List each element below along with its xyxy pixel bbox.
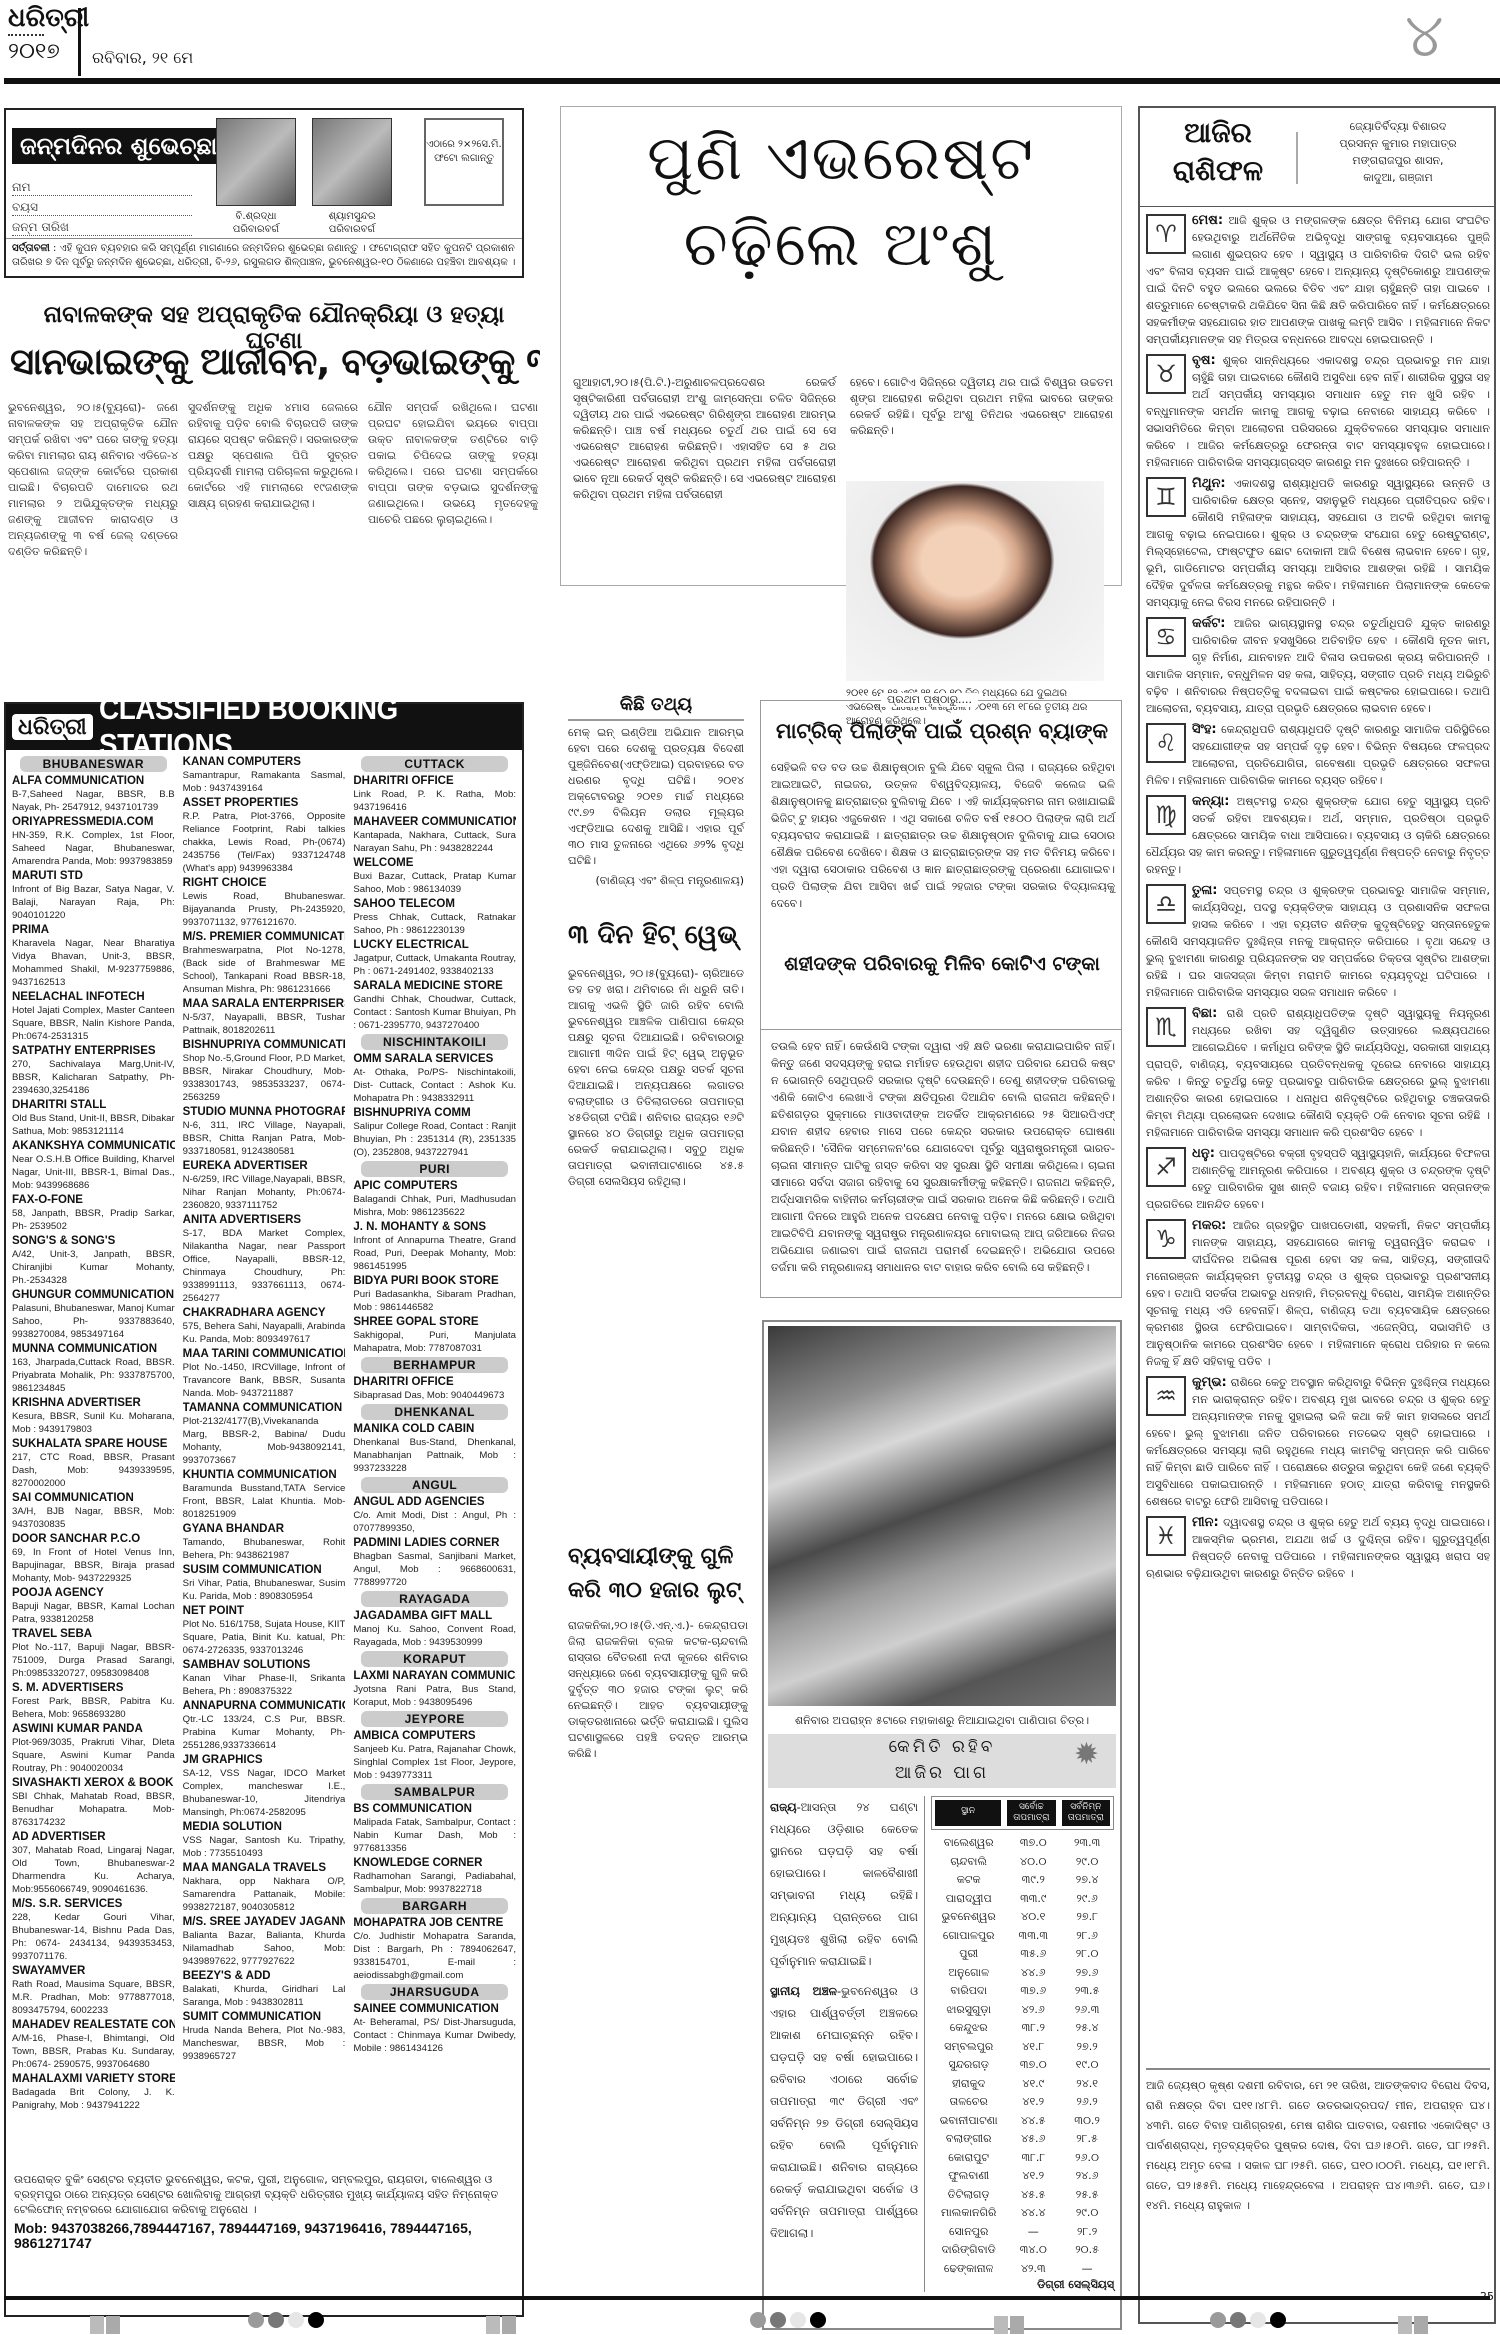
zodiac-entry: ♍କନ୍ୟା: ଅଷ୍ଟମସ୍ଥ ଚନ୍ଦ୍ର ଶୁକ୍ରଙ୍କ ଯୋଗ ହେତ… xyxy=(1146,793,1490,878)
booking-station-name: J. N. MOHANTY & SONS xyxy=(353,1220,516,1234)
table-row: ଗୋପାଳପୁର୩୩.୩୨୮.୬ xyxy=(931,1927,1114,1946)
booking-station-address: Buxi Bazar, Cuttack, Pratap Kumar Sahoo,… xyxy=(353,870,516,896)
booking-station-address: Shop No.-5,Ground Floor, P.D Market, BBS… xyxy=(183,1052,346,1104)
booking-station-name: M/S. PREMIER COMMUNICATION xyxy=(183,930,346,944)
coupon-title: ଜନ୍ମଦିନର ଶୁଭେଚ୍ଛା xyxy=(12,128,225,164)
booking-station-address: Salipur College Road, Contact : Ranjit B… xyxy=(353,1120,516,1159)
page-number: ୪ xyxy=(1405,4,1443,68)
sun-icon: ✹ xyxy=(1074,1742,1102,1768)
facts-body: ମେକ୍ ଇନ୍ ଇଣ୍ଡିଆ ଅଭିଯାନ ଆରମ୍ଭ ହେବା ପରେ ଦେ… xyxy=(568,725,744,869)
booking-station-address: Plot No.-1450, IRCVillage, Infront of Tr… xyxy=(183,1361,346,1400)
photo-caption: ବି.ଶ୍ରଦ୍ଧାପରିବାରବର୍ଗ xyxy=(206,210,306,236)
table-row: କେନ୍ଦୁଝର୩୮.୨୨୫.୪ xyxy=(931,2019,1114,2038)
booking-station-address: Nakhara, opp Nakhara O/P, Samarendra Pat… xyxy=(183,1875,346,1914)
booking-station-address: Hruda Nanda Behera, Plot No.-983, Manche… xyxy=(183,2024,346,2063)
table-row: ସୁନ୍ଦରଗଡ଼୩୭.୦୧୯.୦ xyxy=(931,2056,1114,2075)
child-photo xyxy=(216,118,296,206)
booking-station-name: DHARITRI OFFICE xyxy=(353,774,516,788)
dateline: ରବିବାର, ୨୧ ମେ xyxy=(92,48,193,68)
booking-station-name: APIC COMPUTERS xyxy=(353,1179,516,1193)
color-bar xyxy=(1210,2312,1286,2328)
almanac-text: ଆଜି ଜ୍ୟେଷ୍ଠ କୃଷ୍ଣ ଦଶମୀ ରବିବାର, ମେ ୨୧ ତାର… xyxy=(1146,2068,1490,2216)
booking-station-name: JM GRAPHICS xyxy=(183,1753,346,1767)
color-swatch xyxy=(288,2312,304,2328)
booking-station-name: LAXMI NARAYAN COMMUNICATIONS xyxy=(353,1669,516,1683)
birthday-coupon: ଜନ୍ମଦିନର ଶୁଭେଚ୍ଛା ନାମ ବୟସ ଜନ୍ମ ତାରିଖ ବି.… xyxy=(4,108,524,278)
zodiac-name: କନ୍ୟା: xyxy=(1192,794,1229,809)
horoscope-column: ଆଜିରରାଶିଫଳ ଜ୍ୟୋତିର୍ବିଦ୍ୟା ବିଶାରଦପ୍ରସନ୍ନ … xyxy=(1138,106,1496,2324)
zodiac-entry: ♎ତୁଳା: ସପ୍ତମସ୍ଥ ଚନ୍ଦ୍ର ଓ ଶୁକ୍ରଙ୍କ ପ୍ରଭାବ… xyxy=(1146,882,1490,1001)
zodiac-icon: ♐ xyxy=(1146,1147,1186,1187)
booking-station-address: Balagandi Chhak, Puri, Madhusudan Mishra… xyxy=(353,1193,516,1219)
zodiac-name: ଧନୁ: xyxy=(1192,1146,1215,1161)
booking-station-name: MAA TARINI COMMUNICATION xyxy=(183,1347,346,1361)
photo-caption: ଶ୍ୟାମସୁନ୍ଦରପରିବାରବର୍ଗ xyxy=(302,210,402,236)
table-row: କଟକ୩୯.୨୨୭.୪ xyxy=(931,1871,1114,1890)
court-headline: ସାନଭାଇଙ୍କୁ ଆଜୀବନ, ବଡ଼ଭାଇଙ୍କୁ ୩ବର୍ଷ ଜେଲ୍‌… xyxy=(10,340,540,384)
booking-station-address: A/42, Unit-3, Janpath, BBSR, Chiranjibi … xyxy=(12,1248,175,1287)
booking-station-name: SONG'S & SONG'S xyxy=(12,1234,175,1248)
booking-station-address: B-7,Saheed Nagar, BBSR, B.B Nayak, Ph- 2… xyxy=(12,788,175,814)
page-number-small: 25 xyxy=(1480,2290,1494,2303)
classified-footer: ଉପରୋକ୍ତ ବୁକିଂ ସେଣ୍ଟର ବ୍ୟତୀତ ଭୁବନେଶ୍ୱର, କ… xyxy=(6,2170,522,2253)
zodiac-icon: ♌ xyxy=(1146,723,1186,763)
booking-station-name: WELCOME xyxy=(353,856,516,870)
booking-station-address: At- Beheramal, PS/ Dist-Jharsuguda, Cont… xyxy=(353,2016,516,2055)
booking-station-address: 58, Janpath, BBSR, Pradip Sarkar, Ph- 25… xyxy=(12,1207,175,1233)
martyr-body: ତଉଲି ହେବ ନାହିଁ। କେଉଁଣସି ଟଙ୍କା ଦ୍ୱାରା ଏହି… xyxy=(771,1038,1115,1276)
zodiac-icon: ♒ xyxy=(1146,1376,1186,1416)
booking-station-address: Bhagban Sasmal, Sanjibani Market, Angul,… xyxy=(353,1550,516,1589)
zodiac-entry: ♐ଧନୁ: ପାପଦୃଷ୍ଟିରେ ବକ୍ରୀ ବୃହସ୍ପତି ସ୍ୱାସ୍ଥ… xyxy=(1146,1145,1490,1213)
booking-station-name: EUREKA ADVERTISER xyxy=(183,1159,346,1173)
booking-station-name: SATPATHY ENTERPRISES xyxy=(12,1044,175,1058)
color-swatch xyxy=(770,2312,786,2328)
booking-station-address: Badagada Brit Colony, J. K. Panigrahy, M… xyxy=(12,2086,175,2112)
booking-station-name: ASSET PROPERTIES xyxy=(183,796,346,810)
booking-station-address: Infront of Big Bazar, Satya Nagar, V. Ba… xyxy=(12,883,175,922)
booking-station-address: Kantapada, Nakhara, Cuttack, Sura Naraya… xyxy=(353,829,516,855)
color-swatch xyxy=(248,2312,264,2328)
zodiac-entry: ♈ମେଷ: ଆଜି ଶୁକ୍ର ଓ ମଙ୍ଗଳଙ୍କ କ୍ଷେତ୍ର ବିନିମ… xyxy=(1146,212,1490,348)
table-row: ପୁରୀ୩୫.୬୨୮.୦ xyxy=(931,1945,1114,1964)
facts-title: କିଛି ତଥ୍ୟ xyxy=(568,694,744,721)
booking-station-address: Old Bus Stand, Unit-II, BBSR, Dibakar Sa… xyxy=(12,1112,175,1138)
booking-station-name: PADMINI LADIES CORNER xyxy=(353,1536,516,1550)
court-story-body: ଭୁବନେଶ୍ୱର, ୨୦।୫(ବ୍ୟୁରୋ)- ଜଣେ ନାବାଳକଙ୍କ ସ… xyxy=(8,400,538,690)
booking-station-address: Puri Badasankha, Sibaram Pradhan, Mob : … xyxy=(353,1288,516,1314)
weather-banner: କେମିତି ରହିବଆଜିର ପାଗ ✹ xyxy=(768,1734,1116,1788)
booking-station-name: AMBICA COMPUTERS xyxy=(353,1729,516,1743)
booking-station-name: ANGUL ADD AGENCIES xyxy=(353,1495,516,1509)
booking-station-address: Balianta Bazar, Balianta, Khurda Nilamad… xyxy=(183,1929,346,1968)
climber-photo xyxy=(846,481,1104,681)
table-row: ତାଳଚେର୪୧.୨୨୬.୨ xyxy=(931,2093,1114,2112)
classified-booking-stations: ଧରିତ୍ରୀ CLASSIFIED BOOKING STATIONS BHUB… xyxy=(4,702,524,2317)
booking-station-address: At- Othaka, Po/PS- Nischintakoili, Dist-… xyxy=(353,1066,516,1105)
continued-story: ପ୍ରଥମ ପୃଷ୍ଠାରୁ.... ମାଟ୍ରିକ୍ ପିଲାଙ୍କ ପାଇଁ… xyxy=(760,700,1122,1030)
zodiac-prediction: ଶୁକ୍ର ସାନ୍ନିଧ୍ୟରେ ଏକାଦଶସ୍ଥ ଚନ୍ଦ୍ର ପ୍ରଭାବ… xyxy=(1146,354,1490,469)
booking-station-name: POOJA AGENCY xyxy=(12,1586,175,1600)
continued-label: ପ୍ରଥମ ପୃଷ୍ଠାରୁ.... xyxy=(881,693,978,707)
zodiac-entry: ♑ମକର: ଆଜିର ଗ୍ରହସ୍ଥିତ ପାଖପଡୋଶୀ, ସହକର୍ମୀ, … xyxy=(1146,1217,1490,1370)
booking-station-address: Manoj Ku. Sahoo, Convent Road, Rayagada,… xyxy=(353,1623,516,1649)
booking-station-name: MAHADEV REALESTATE CONSULTANCY xyxy=(12,2018,175,2032)
booking-station-name: ASWINI KUMAR PANDA xyxy=(12,1722,175,1736)
booking-station-address: Sri Vihar, Patia, Bhubaneswar, Susim Ku.… xyxy=(183,1577,346,1603)
zodiac-icon: ♑ xyxy=(1146,1219,1186,1259)
table-row: ବାରିପଦା୩୭.୬୨୩.୫ xyxy=(931,1982,1114,2001)
color-swatch xyxy=(1250,2312,1266,2328)
booking-station-address: Palasuni, Bhubaneswar, Manoj Kumar Sahoo… xyxy=(12,1302,175,1341)
booking-station-address: Hotel Jajati Complex, Master Canteen Squ… xyxy=(12,1004,175,1043)
booking-station-name: NET POINT xyxy=(183,1604,346,1618)
man-photo xyxy=(312,118,392,206)
color-swatch xyxy=(750,2312,766,2328)
zodiac-name: ବୃଷ: xyxy=(1192,353,1216,368)
region-label: KORAPUT xyxy=(361,1651,508,1667)
booking-station-name: CHAKRADHARA AGENCY xyxy=(183,1306,346,1320)
booking-station-name: MEDIA SOLUTION xyxy=(183,1820,346,1834)
weather-forecast-text: ରାଜ୍ୟ-ଆସନ୍ତା ୨୪ ଘଣ୍ଟା ମଧ୍ୟରେ ଓଡ଼ିଶାର କେତ… xyxy=(770,1796,918,2244)
booking-station-address: Infront of Annapurna Theatre, Grand Road… xyxy=(353,1234,516,1273)
booking-station-address: 228, Kedar Gouri Vihar, Bhubaneswar-14, … xyxy=(12,1911,175,1963)
booking-station-address: 163, Jharpada,Cuttack Road, BBSR. Priyab… xyxy=(12,1356,175,1395)
region-label: PURI xyxy=(361,1161,508,1177)
booking-station-name: M/S. S.R. SERVICES xyxy=(12,1897,175,1911)
booking-station-address: 217, CTC Road, BBSR, Prasant Dash, Mob: … xyxy=(12,1451,175,1490)
color-swatch xyxy=(308,2312,324,2328)
booking-station-name: MOHAPATRA JOB CENTRE xyxy=(353,1916,516,1930)
booking-station-address: Qtr.-LC 133/24, C.S Pur, BBSR. Prabina K… xyxy=(183,1713,346,1752)
booking-station-name: GYANA BHANDAR xyxy=(183,1522,346,1536)
booking-station-name: SWAYAMVER xyxy=(12,1964,175,1978)
zodiac-icon: ♋ xyxy=(1146,617,1186,657)
region-label: BARGARH xyxy=(361,1898,508,1914)
table-row: ବଲାଙ୍ଗୀର୪୫.୬୨୮.୫ xyxy=(931,2130,1114,2149)
region-label: SAMBALPUR xyxy=(361,1784,508,1800)
table-row: କୋରାପୁଟ୩୮.୮୨୬.୦ xyxy=(931,2149,1114,2168)
satellite-caption: ଶନିବାର ଅପରାହ୍ନ ୫ଟାରେ ମହାକାଶରୁ ନିଆଯାଇଥିବା… xyxy=(768,1714,1116,1728)
booking-station-address: Sanjeeb Ku. Patra, Rajanahar Chowk, Sing… xyxy=(353,1743,516,1782)
zodiac-entry: ♉ବୃଷ: ଶୁକ୍ର ସାନ୍ନିଧ୍ୟରେ ଏକାଦଶସ୍ଥ ଚନ୍ଦ୍ର … xyxy=(1146,352,1490,471)
region-label: JHARSUGUDA xyxy=(361,1984,508,2000)
zodiac-name: ମେଷ: xyxy=(1192,213,1223,228)
question-bank-headline: ମାଟ୍ରିକ୍ ପିଲାଙ୍କ ପାଇଁ ପ୍ରଶ୍ନ ବ୍ୟାଙ୍କ xyxy=(769,719,1115,744)
zodiac-name: ମୀନ: xyxy=(1192,1515,1219,1530)
booking-station-address: Jyotsna Rani Patra, Bus Stand, Koraput, … xyxy=(353,1683,516,1709)
logo-underline xyxy=(8,34,44,37)
classified-column: BHUBANESWARALFA COMMUNICATIONB-7,Saheed … xyxy=(12,754,175,2166)
booking-station-name: MANIKA COLD CABIN xyxy=(353,1422,516,1436)
zodiac-name: ତୁଳା: xyxy=(1192,883,1218,898)
table-row: ପାରାଦ୍ୱୀପ୩୩.୯୨୯.୬ xyxy=(931,1890,1114,1909)
question-bank-body: ସେହିଭଳି ବଡ ବଡ ଉଚ୍ଚ ଶିକ୍ଷାନୁଷ୍ଠାନ ବୁଲି ଯି… xyxy=(771,759,1115,912)
edition-year: ୨୦୧୭ xyxy=(8,39,74,65)
booking-station-name: S. M. ADVERTISERS xyxy=(12,1681,175,1695)
logo-text: ଧରିତ୍ରୀ xyxy=(8,4,74,32)
color-swatch xyxy=(268,2312,284,2328)
story-column: ସୁଦର୍ଶନଙ୍କୁ ଅଧିକ ୪ମାସ ଜେଲରେ ରହିବାକୁ ପଡ଼ି… xyxy=(188,400,358,512)
zodiac-icon: ♓ xyxy=(1146,1516,1186,1556)
heatwave-body: ଭୁବନେଶ୍ୱର, ୨୦।୫(ବ୍ୟୁରୋ)- ଚାରିଆଡେ ତହ ତହ ଖ… xyxy=(568,966,744,1526)
zodiac-icon: ♎ xyxy=(1146,884,1186,924)
booking-station-name: FAX-O-FONE xyxy=(12,1193,175,1207)
booking-station-address: Rath Road, Mausima Square, BBSR, M.R. Pr… xyxy=(12,1978,175,2017)
dob-field[interactable]: ଜନ୍ମ ତାରିଖ xyxy=(12,220,192,236)
table-row: ଚାନ୍ଦବାଲି୪୦.୦୨୯.୦ xyxy=(931,1853,1114,1872)
photo-placeholder: ଏଠାରେ ୨×୨ସେ.ମି. ଫଟୋ ଲଗାନ୍ତୁ xyxy=(424,118,504,206)
story-column: ଯୌନ ସମ୍ପର୍କ ରଖିଥିଲେ। ଘଟଣା ପ୍ରଘଟ ହୋଇଯିବା … xyxy=(368,400,538,528)
booking-station-name: BS COMMUNICATION xyxy=(353,1802,516,1816)
zodiac-entry: ♒କୁମ୍ଭ: ରାଶିରେ କେତୁ ଅବସ୍ଥାନ କରିଥିବାରୁ ବି… xyxy=(1146,1374,1490,1510)
booking-station-address: S-17, BDA Market Complex, Nilakantha Nag… xyxy=(183,1227,346,1305)
booking-station-name: KHUNTIA COMMUNICATION xyxy=(183,1468,346,1482)
martyr-story: ତଉଲି ହେବ ନାହିଁ। କେଉଁଣସି ଟଙ୍କା ଦ୍ୱାରା ଏହି… xyxy=(760,1030,1122,1298)
booking-station-name: SUSIM COMMUNICATION xyxy=(183,1563,346,1577)
zodiac-prediction: ଆଜିର ଗ୍ରହସ୍ଥିତ ପାଖପଡୋଶୀ, ସହକର୍ମୀ, ନିକଟ ସ… xyxy=(1146,1219,1490,1368)
region-label: ANGUL xyxy=(361,1477,508,1493)
booking-station-address: Link Road, P. K. Ratha, Mob: 9437196416 xyxy=(353,788,516,814)
table-row: ଢେଙ୍କାନାଳ୪୨.୩— xyxy=(931,2260,1114,2279)
zodiac-prediction: ଏକାଦଶସ୍ଥ ରାଶ୍ୟାଧିପତି କାରଣରୁ ସ୍ୱାସ୍ଥ୍ୟରେ … xyxy=(1146,477,1490,609)
booking-station-name: BEEZY'S & ADD xyxy=(183,1969,346,1983)
booking-station-name: RIGHT CHOICE xyxy=(183,876,346,890)
booking-station-address: Jagatpur, Cuttack, Umakanta Routray, Ph … xyxy=(353,952,516,978)
zodiac-icon: ♉ xyxy=(1146,354,1186,394)
booking-station-name: MAA SARALA ENTERPRISERS xyxy=(183,997,346,1011)
booking-station-address: 270, Sachivalaya Marg,Unit-IV, BBSR, Kal… xyxy=(12,1058,175,1097)
color-swatch xyxy=(810,2312,826,2328)
booking-station-address: Brahmeswarpatna, Plot No-1278, (Back sid… xyxy=(183,944,346,996)
booking-station-address: C/o. Judhistir Mohapatra Saranda, Dist :… xyxy=(353,1930,516,1982)
facts-box: କିଛି ତଥ୍ୟ ମେକ୍ ଇନ୍ ଇଣ୍ଡିଆ ଅଭିଯାନ ଆରମ୍ଭ ହ… xyxy=(568,694,744,889)
loot-body: ରାଜକନିକା,୨୦।୫(ଡି.ଏନ୍.ଏ.)- କେନ୍ଦ୍ରାପଡା ଜି… xyxy=(568,1618,748,2318)
booking-station-name: NEELACHAL INFOTECH xyxy=(12,990,175,1004)
color-bar xyxy=(248,2312,324,2328)
booking-station-address: Forest Park, BBSR, Pabitra Ku. Behera, M… xyxy=(12,1695,175,1721)
booking-station-address: Plot No. 516/1758, Sujata House, KIIT Sq… xyxy=(183,1618,346,1657)
booking-station-name: ANITA ADVERTISERS xyxy=(183,1213,346,1227)
classified-column: KANAN COMPUTERSSamantrapur, Ramakanta Sa… xyxy=(183,754,346,2166)
booking-station-address: Sakhigopal, Puri, Manjulata Mahapatra, M… xyxy=(353,1329,516,1355)
story-column: ଭୁବନେଶ୍ୱର, ୨୦।୫(ବ୍ୟୁରୋ)- ଜଣେ ନାବାଳକଙ୍କ ସ… xyxy=(8,400,178,560)
booking-station-name: JAGADAMBA GIFT MALL xyxy=(353,1609,516,1623)
booking-station-name: DHARITRI STALL xyxy=(12,1098,175,1112)
booking-station-name: SAHOO TELECOM xyxy=(353,897,516,911)
booking-station-name: SUKHALATA SPARE HOUSE xyxy=(12,1437,175,1451)
zodiac-entry: ♌ସିଂହ: କେନ୍ଦ୍ରାଧିପତି ରାଶ୍ୟାଧିପତି ଦୃଷ୍ଟି … xyxy=(1146,721,1490,789)
color-swatch xyxy=(1230,2312,1246,2328)
temperature-table: ସ୍ଥାନ ସର୍ବୋଚ୍ଚ ତାପମାତ୍ରା ସର୍ବନିମ୍ନ ତାପମା… xyxy=(924,1796,1114,2292)
page-header: ଧରିତ୍ରୀ ୨୦୧୭ ରବିବାର, ୨୧ ମେ ୪ xyxy=(0,0,1500,82)
booking-station-name: M/S. SREE JAYADEV JAGANNATH PHOTOSHOP xyxy=(183,1915,346,1929)
booking-station-name: SAINEE COMMUNICATION xyxy=(353,2002,516,2016)
booking-station-name: OMM SARALA SERVICES xyxy=(353,1052,516,1066)
table-row: ତିଟିଲାଗଡ଼୪୫.୫୨୫.୫ xyxy=(931,2186,1114,2205)
table-row: ଦାରିଙ୍ଗିବାଡି୩୪.୦୨୦.୫ xyxy=(931,2241,1114,2260)
booking-station-address: Samantrapur, Ramakanta Sasmal, Mob : 943… xyxy=(183,769,346,795)
booking-station-name: BISHNUPRIYA COMMUNICATION xyxy=(183,1038,346,1052)
booking-station-address: Tamando, Bhubaneswar, Rohit Behera, Ph: … xyxy=(183,1536,346,1562)
zodiac-name: ମିଥୁନ: xyxy=(1192,476,1226,491)
booking-station-address: Sibaprasad Das, Mob: 9040449673 xyxy=(353,1389,516,1402)
booking-station-address: 69, In Front of Hotel Venus Inn, Bapujin… xyxy=(12,1546,175,1585)
footer-note: ଉପରୋକ୍ତ ବୁକିଂ ସେଣ୍ଟର ବ୍ୟତୀତ ଭୁବନେଶ୍ୱର, କ… xyxy=(14,2172,514,2217)
martyr-headline: ଶହୀଦଙ୍କ ପରିବାରକୁ ମିଳିବ କୋଟିଏ ଟଙ୍କା xyxy=(769,953,1115,975)
booking-station-name: AKANKSHYA COMMUNICATION xyxy=(12,1139,175,1153)
booking-station-address: Radhamohan Sarangi, Padiabahal, Sambalpu… xyxy=(353,1870,516,1896)
booking-station-address: Balakati, Khurda, Giridhari Lal Saranga,… xyxy=(183,1983,346,2009)
name-field[interactable]: ନାମ xyxy=(12,180,192,196)
booking-station-address: 575, Behera Sahi, Nayapalli, Arabinda Ku… xyxy=(183,1320,346,1346)
story-column: ହେବେ। ଗୋଟିଏ ସିଜିନ୍‌ରେ ଦ୍ୱିତୀୟ ଥର ପାଇଁ ବି… xyxy=(850,375,1113,475)
booking-station-name: TRAVEL SEBA xyxy=(12,1627,175,1641)
booking-station-address: Lewis Road, Bhubaneswar. Bijayananda Pru… xyxy=(183,890,346,929)
registration-mark xyxy=(1398,2316,1428,2334)
booking-station-name: DOOR SANCHAR P.C.O xyxy=(12,1532,175,1546)
booking-station-address: N-6/259, IRC Village,Nayapali, BBSR, Nih… xyxy=(183,1173,346,1212)
booking-station-address: Malipada Fatak, Sambalpur, Contact : Nab… xyxy=(353,1816,516,1855)
booking-station-name: TAMANNA COMMUNICATION xyxy=(183,1401,346,1415)
footer-phone-numbers: Mob: 9437038266,7894447167, 7894447169, … xyxy=(14,2221,514,2251)
lead-story: ପୁଣି ଏଭରେଷ୍ଟଚଢ଼ିଲେ ଅଂଶୁ ଗୁଆହାଟୀ,୨୦।୫(ପି.… xyxy=(560,106,1122,586)
region-label: DHENKANAL xyxy=(361,1404,508,1420)
zodiac-prediction: ସପ୍ତମସ୍ଥ ଚନ୍ଦ୍ର ଓ ଶୁକ୍ରଙ୍କ ପ୍ରଭାବରୁ ସାମା… xyxy=(1146,884,1490,999)
booking-station-address: SA-12, VSS Nagar, IDCO Market Complex, m… xyxy=(183,1767,346,1819)
table-row: ଭୁବନେଶ୍ୱର୪୦.୧୨୭.୮ xyxy=(931,1908,1114,1927)
footer-rule xyxy=(4,2296,1490,2300)
table-row: ଫୁଲବାଣୀ୪୧.୨୨୪.୬ xyxy=(931,2167,1114,2186)
booking-station-address: C/o. Amit Modi, Dist : Angul, Ph : 07077… xyxy=(353,1509,516,1535)
booking-station-name: DHARITRI OFFICE xyxy=(353,1375,516,1389)
zodiac-icon: ♏ xyxy=(1146,1007,1186,1047)
table-row: ଅନୁଗୋଳ୪୪.୬୨୭.୬ xyxy=(931,1964,1114,1983)
zodiac-icon: ♊ xyxy=(1146,477,1186,517)
table-row: ଭବାନୀପାଟଣା୪୪.୫୩୦.୨ xyxy=(931,2112,1114,2131)
weather-box: ଶନିବାର ଅପରାହ୍ନ ୫ଟାରେ ମହାକାଶରୁ ନିଆଯାଇଥିବା… xyxy=(762,1320,1122,2330)
loot-headline: ବ୍ୟବସାୟୀଙ୍କୁ ଗୁଳି କରି ୩୦ ହଜାର ଲୁଟ୍ xyxy=(568,1540,748,1608)
header-rule xyxy=(4,78,1500,84)
booking-station-name: SIVASHAKTI XEROX & BOOK STORE xyxy=(12,1776,175,1790)
booking-station-name: SHREE GOPAL STORE xyxy=(353,1315,516,1329)
color-swatch xyxy=(1270,2312,1286,2328)
zodiac-prediction: ରାଶି ପ୍ରତି ରାଶ୍ୟାଧିପତିଙ୍କ ଦୃଷ୍ଟି ସ୍ୱାସ୍ଥ… xyxy=(1146,1007,1490,1139)
booking-station-name: MUNNA COMMUNICATION xyxy=(12,1342,175,1356)
table-row: ସୋନପୁର—୨୮.୨ xyxy=(931,2223,1114,2242)
table-row: ହୀରାକୁଦ୪୧.୯୨୪.୧ xyxy=(931,2075,1114,2094)
booking-station-name: KNOWLEDGE CORNER xyxy=(353,1856,516,1870)
booking-station-name: SARALA MEDICINE STORE xyxy=(353,979,516,993)
zodiac-icon: ♍ xyxy=(1146,795,1186,835)
booking-station-address: VSS Nagar, Santosh Ku. Tripathy, Mob : 7… xyxy=(183,1834,346,1860)
unit-label: ଡିଗ୍ରୀ ସେଲ୍‌ସିୟସ୍ xyxy=(931,2278,1114,2292)
coupon-terms: ସର୍ତ୍ତାବଳୀ : ଏହି କୁପନ ବ୍ୟବହାର କରି ସମ୍ପୂର… xyxy=(6,238,522,273)
newspaper-logo: ଧରିତ୍ରୀ ୨୦୧୭ xyxy=(8,4,74,65)
booking-station-address: R.P. Patra, Plot-3766, Opposite Reliance… xyxy=(183,810,346,875)
booking-station-address: Kanan Vihar Phase-II, Srikanta Behera, P… xyxy=(183,1672,346,1698)
classified-header: ଧରିତ୍ରୀ CLASSIFIED BOOKING STATIONS xyxy=(6,704,522,750)
color-swatch xyxy=(790,2312,806,2328)
booking-station-address: N-6, 311, IRC Village, Nayapali, BBSR, C… xyxy=(183,1119,346,1158)
booking-station-name: MAHAVEER COMMUNICATION xyxy=(353,815,516,829)
zodiac-prediction: ଆଜି ଶୁକ୍ର ଓ ମଙ୍ଗଳଙ୍କ କ୍ଷେତ୍ର ବିନିମୟ ଯୋଗ … xyxy=(1146,214,1490,346)
booking-station-name: ORIYAPRESSMEDIA.COM xyxy=(12,815,175,829)
booking-station-address: Press Chhak, Cuttack, Ratnakar Sahoo, Ph… xyxy=(353,911,516,937)
table-row: ମାଲକାନଗିରି୪୪.୪୨୯.୦ xyxy=(931,2204,1114,2223)
booking-station-address: 3A/H, BJB Nagar, BBSR, Mob: 9437030835 xyxy=(12,1505,175,1531)
booking-station-address: Near O.S.H.B Office Building, Kharvel Na… xyxy=(12,1153,175,1192)
booking-station-address: Plot-2132/4177(B),Vivekananda Marg, BBSR… xyxy=(183,1415,346,1467)
story-column: ଗୁଆହାଟୀ,୨୦।୫(ପି.ଟି.)-ଅରୁଣାଚଳପ୍ରଦେଶର ରେକର… xyxy=(573,375,836,503)
horoscope-title: ଆଜିରରାଶିଫଳ xyxy=(1148,114,1288,202)
zodiac-name: ମକର: xyxy=(1192,1218,1226,1233)
booking-station-name: PRIMA xyxy=(12,923,175,937)
zodiac-entry: ♓ମୀନ: ଦ୍ୱାଦଶସ୍ଥ ଚନ୍ଦ୍ର ଓ ଶୁକ୍ର ହେତୁ ଅର୍ଥ… xyxy=(1146,1514,1490,1582)
color-bar xyxy=(750,2312,826,2328)
zodiac-name: କର୍କଟ: xyxy=(1192,616,1225,631)
booking-station-address: Gandhi Chhak, Choudwar, Cuttack, Contact… xyxy=(353,993,516,1032)
zodiac-prediction: ଆଜିର ଭାଗ୍ୟସ୍ଥାନସ୍ଥ ଚନ୍ଦ୍ର ଚତୁର୍ଥାଧିପତି ଯ… xyxy=(1146,617,1490,715)
booking-station-address: Baramunda Busstand,TATA Service Front, B… xyxy=(183,1482,346,1521)
booking-station-name: GHUNGUR COMMUNICATION xyxy=(12,1288,175,1302)
table-row: ସମ୍ବଲପୁର୪୧.୮୨୭.୨ xyxy=(931,2038,1114,2057)
registration-mark xyxy=(486,2316,516,2334)
heatwave-headline: ୩ ଦିନ ହିଟ୍ ୱେଭ୍ xyxy=(568,920,744,951)
astrologer-credit: ଜ୍ୟୋତିର୍ବିଦ୍ୟା ବିଶାରଦପ୍ରସନ୍ନ କୁମାର ମହାପା… xyxy=(1308,114,1488,202)
age-field[interactable]: ବୟସ xyxy=(12,200,192,216)
booking-station-address: N-5/37, Nayapalli, BBSR, Tushar Pattnaik… xyxy=(183,1011,346,1037)
booking-station-name: KRISHNA ADVERTISER xyxy=(12,1396,175,1410)
region-label: BERHAMPUR xyxy=(361,1357,508,1373)
booking-station-address: Plot-969/3035, Prakruti Vihar, Dleta Squ… xyxy=(12,1736,175,1775)
booking-station-name: SAI COMMUNICATION xyxy=(12,1491,175,1505)
booking-station-address: Bapuji Nagar, BBSR, Kamal Lochan Patra, … xyxy=(12,1600,175,1626)
zodiac-list: ♈ମେଷ: ଆଜି ଶୁକ୍ର ଓ ମଙ୍ଗଳଙ୍କ କ୍ଷେତ୍ର ବିନିମ… xyxy=(1146,212,1490,2062)
classified-column: CUTTACKDHARITRI OFFICELink Road, P. K. R… xyxy=(353,754,516,2166)
classified-logo: ଧରିତ୍ରୀ xyxy=(12,714,93,740)
booking-station-address: Kharavela Nagar, Near Bharatiya Vidya Bh… xyxy=(12,937,175,989)
table-header: ସ୍ଥାନ ସର୍ବୋଚ୍ଚ ତାପମାତ୍ରା ସର୍ବନିମ୍ନ ତାପମା… xyxy=(931,1796,1114,1830)
booking-station-name: SAMBHAV SOLUTIONS xyxy=(183,1658,346,1672)
lead-headline: ପୁଣି ଏଭରେଷ୍ଟଚଢ଼ିଲେ ଅଂଶୁ xyxy=(561,115,1121,287)
zodiac-name: କୁମ୍ଭ: xyxy=(1192,1375,1227,1390)
registration-mark xyxy=(90,2316,120,2334)
booking-station-name: BIDYA PURI BOOK STORE xyxy=(353,1274,516,1288)
zodiac-entry: ♋କର୍କଟ: ଆଜିର ଭାଗ୍ୟସ୍ଥାନସ୍ଥ ଚନ୍ଦ୍ର ଚତୁର୍ଥ… xyxy=(1146,615,1490,717)
booking-station-address: A/M-16, Phase-I, Bhimtangi, Old Town, BB… xyxy=(12,2032,175,2071)
table-row: ବାଲେଶ୍ୱର୩୭.୦୨୩.୩ xyxy=(931,1834,1114,1853)
zodiac-prediction: ରାଶିରେ କେତୁ ଅବସ୍ଥାନ କରିଥିବାରୁ ବିଭିନ୍ନ ଦୁ… xyxy=(1146,1376,1490,1508)
booking-station-name: STUDIO MUNNA PHOTOGRAPHY xyxy=(183,1105,346,1119)
booking-station-address: Kesura, BBSR, Sunil Ku. Moharana, Mob : … xyxy=(12,1410,175,1436)
booking-station-name: MAA MANGALA TRAVELS xyxy=(183,1861,346,1875)
booking-station-address: HN-359, R.K. Complex, 1st Floor, Saheed … xyxy=(12,829,175,868)
zodiac-name: ବିଛା: xyxy=(1192,1006,1217,1021)
zodiac-entry: ♏ବିଛା: ରାଶି ପ୍ରତି ରାଶ୍ୟାଧିପତିଙ୍କ ଦୃଷ୍ଟି … xyxy=(1146,1005,1490,1141)
booking-station-name: ANNAPURNA COMMUNICATION xyxy=(183,1699,346,1713)
satellite-image xyxy=(768,1326,1116,1706)
header-divider xyxy=(78,8,81,76)
booking-station-name: MAHALAXMI VARIETY STORE xyxy=(12,2072,175,2086)
facts-source: (ବାଣିଜ୍ୟ ଏବଂ ଶିଳ୍ପ ମନ୍ତ୍ରଣାଳୟ) xyxy=(568,873,744,889)
booking-station-name: SUMIT COMMUNICATION xyxy=(183,2010,346,2024)
region-label: NISCHINTAKOILI xyxy=(361,1034,508,1050)
zodiac-name: ସିଂହ: xyxy=(1192,722,1217,737)
registration-mark xyxy=(994,2316,1024,2334)
booking-station-address: Dhenkanal Bus-Stand, Dhenkanal, Manabhan… xyxy=(353,1436,516,1475)
booking-station-name: LUCKY ELECTRICAL xyxy=(353,938,516,952)
